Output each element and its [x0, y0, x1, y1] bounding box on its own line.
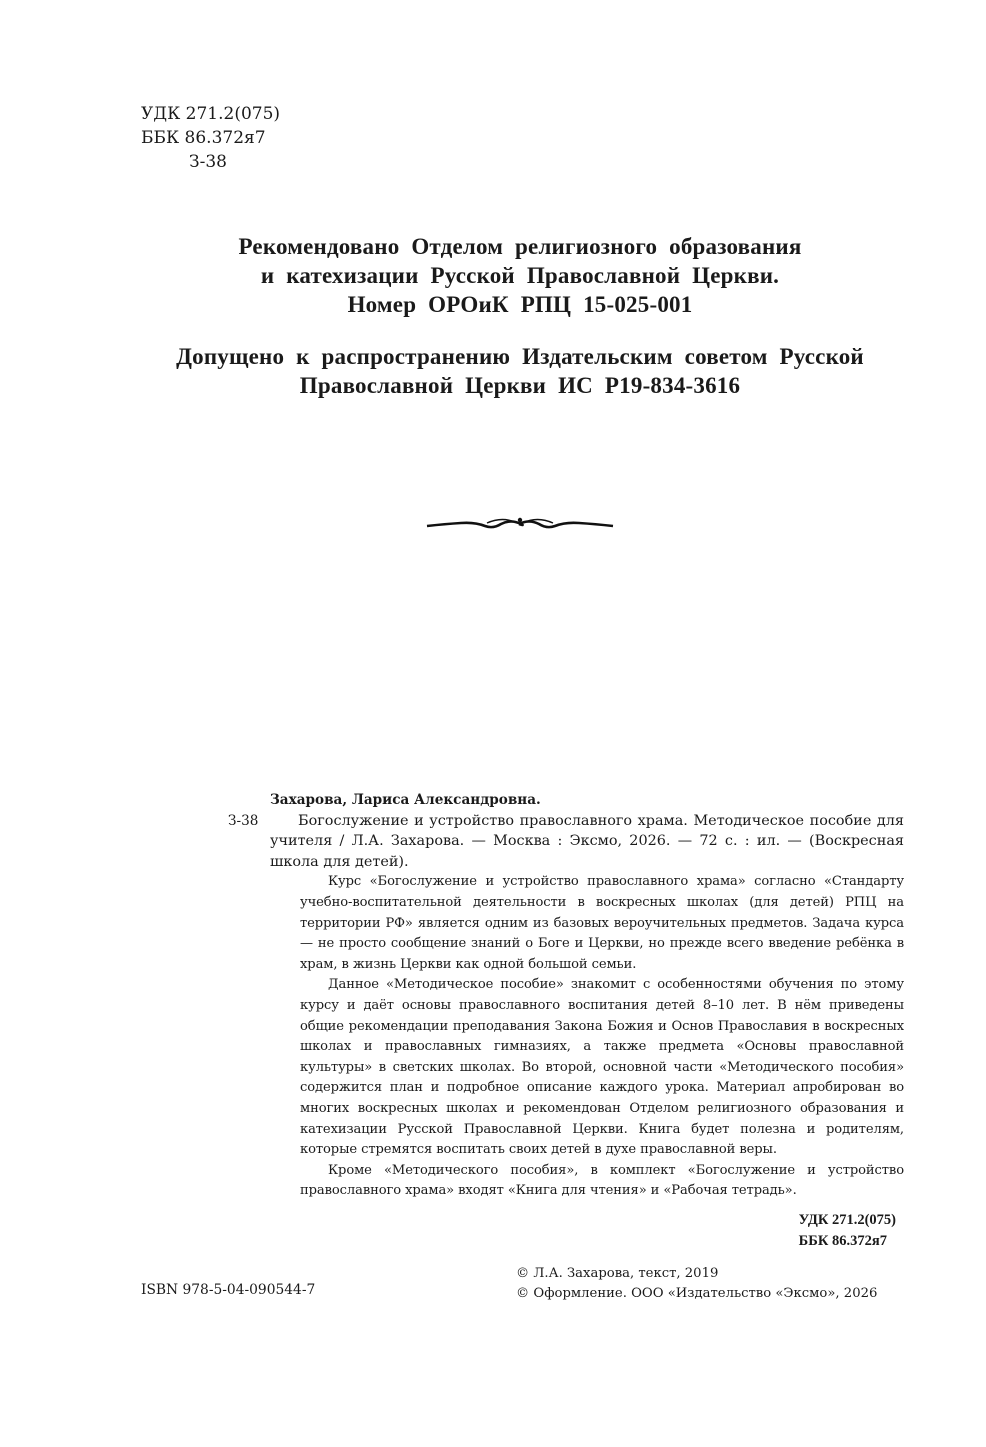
author-mark: З-38 — [141, 150, 280, 174]
recommendation-notice: Рекомендовано Отделом религиозного образ… — [130, 232, 910, 319]
record-code: З-38 — [228, 811, 270, 873]
publishing-permission-notice: Допущено к распространению Издательским … — [130, 342, 910, 400]
annotation-paragraph: Данное «Методическое пособие» знакомит с… — [300, 975, 904, 1160]
copyright-line: © Л.А. Захарова, текст, 2019 — [516, 1264, 877, 1284]
recommendation-line: Рекомендовано Отделом религиозного образ… — [130, 232, 910, 261]
permission-line: Православной Церкви ИС Р19-834-3616 — [130, 371, 910, 400]
footer-classification-codes: УДК 271.2(075) ББК 86.372я7 — [799, 1210, 896, 1252]
copyright-line: © Оформление. ООО «Издательство «Эксмо»,… — [516, 1284, 877, 1304]
copyright-notices: © Л.А. Захарова, текст, 2019 © Оформлени… — [516, 1264, 877, 1304]
isbn: ISBN 978-5-04-090544-7 — [141, 1282, 315, 1298]
recommendation-line: и катехизации Русской Православной Церкв… — [130, 261, 910, 290]
permission-line: Допущено к распространению Издательским … — [130, 342, 910, 371]
header-classification-codes: УДК 271.2(075) ББК 86.372я7 З-38 — [141, 102, 280, 174]
bbk-code: ББК 86.372я7 — [799, 1231, 896, 1252]
bibliographic-record: Захарова, Лариса Александровна. З-38 Бог… — [228, 790, 904, 1202]
author-name: Захарова, Лариса Александровна. — [228, 790, 904, 811]
recommendation-line: Номер ОРОиК РПЦ 15-025-001 — [130, 290, 910, 319]
udk-code: УДК 271.2(075) — [141, 102, 280, 126]
record-description: Богослужение и устройство православного … — [270, 811, 904, 873]
annotation-paragraph: Курс «Богослужение и устройство правосла… — [300, 872, 904, 975]
udk-code: УДК 271.2(075) — [799, 1210, 896, 1231]
decorative-divider-icon — [425, 512, 615, 534]
annotation-paragraph: Кроме «Методического пособия», в комплек… — [300, 1161, 904, 1202]
bbk-code: ББК 86.372я7 — [141, 126, 280, 150]
